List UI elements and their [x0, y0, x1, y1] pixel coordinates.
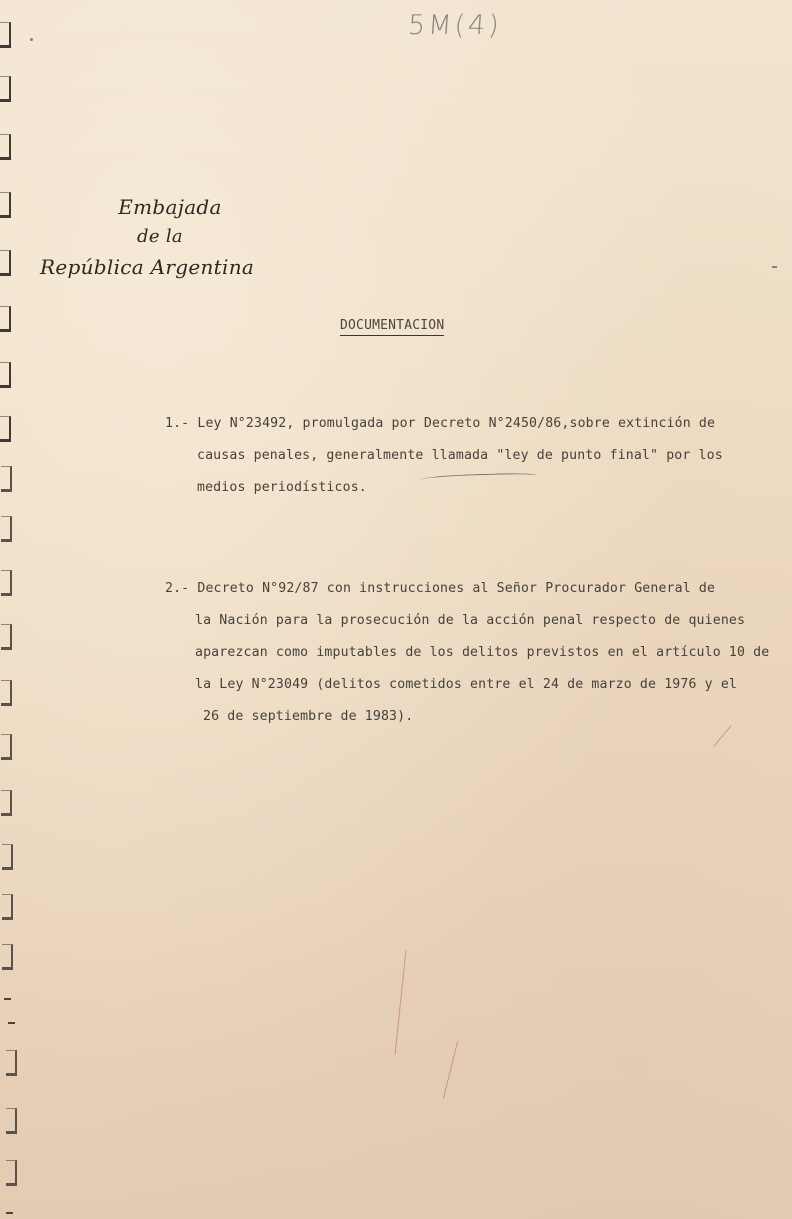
page-title: DOCUMENTACION	[340, 318, 444, 336]
item-line: aparezcan como imputables de los delitos…	[165, 643, 769, 675]
item-line: la Nación para la prosecución de la acci…	[165, 611, 769, 643]
binding-hole	[1, 570, 12, 596]
speck-mark	[772, 266, 777, 268]
item-line: 2.- Decreto N°92/87 con instrucciones al…	[165, 579, 769, 611]
binding-hole	[0, 192, 11, 218]
binding-hole	[2, 844, 13, 870]
binding-hole	[0, 416, 11, 442]
item-line: 26 de septiembre de 1983).	[165, 707, 769, 739]
binding-hole	[0, 134, 11, 160]
binding-hole	[0, 306, 11, 332]
binding-hole	[1, 734, 12, 760]
letterhead-line-de-la: de la	[40, 222, 270, 252]
binding-hole	[1, 680, 12, 706]
binding-hole	[2, 894, 13, 920]
binding-hole	[0, 22, 11, 48]
binding-dash	[4, 998, 11, 1000]
item-line: 1.- Ley N°23492, promulgada por Decreto …	[165, 414, 723, 446]
letterhead-line-republica: República Argentina	[40, 252, 270, 282]
letterhead: Embajada de la República Argentina	[40, 192, 270, 282]
binding-dash	[6, 1212, 13, 1214]
red-pen-mark	[443, 1041, 459, 1100]
item-line: la Ley N°23049 (delitos cometidos entre …	[165, 675, 769, 707]
binding-hole	[1, 624, 12, 650]
item-line: causas penales, generalmente llamada "le…	[165, 446, 723, 478]
letterhead-line-embajada: Embajada	[40, 192, 270, 222]
binding-holes	[0, 0, 30, 1219]
binding-hole	[0, 76, 11, 102]
binding-hole	[1, 790, 12, 816]
binding-hole	[6, 1050, 17, 1076]
handwritten-archive-number: 5M(4)	[407, 10, 503, 41]
item-line: medios periodísticos.	[165, 478, 723, 510]
document-page: 5M(4) Embajada de la República Argentina…	[0, 0, 792, 1219]
binding-hole	[1, 516, 12, 542]
binding-hole	[2, 944, 13, 970]
binding-hole	[6, 1160, 17, 1186]
binding-hole	[6, 1108, 17, 1134]
binding-dash	[8, 1022, 15, 1024]
list-item: 2.- Decreto N°92/87 con instrucciones al…	[165, 579, 769, 739]
binding-hole	[1, 466, 12, 492]
list-item: 1.- Ley N°23492, promulgada por Decreto …	[165, 414, 723, 510]
red-pen-mark	[395, 950, 407, 1055]
speck-mark	[30, 38, 33, 41]
binding-hole	[0, 250, 11, 276]
binding-hole	[0, 362, 11, 388]
